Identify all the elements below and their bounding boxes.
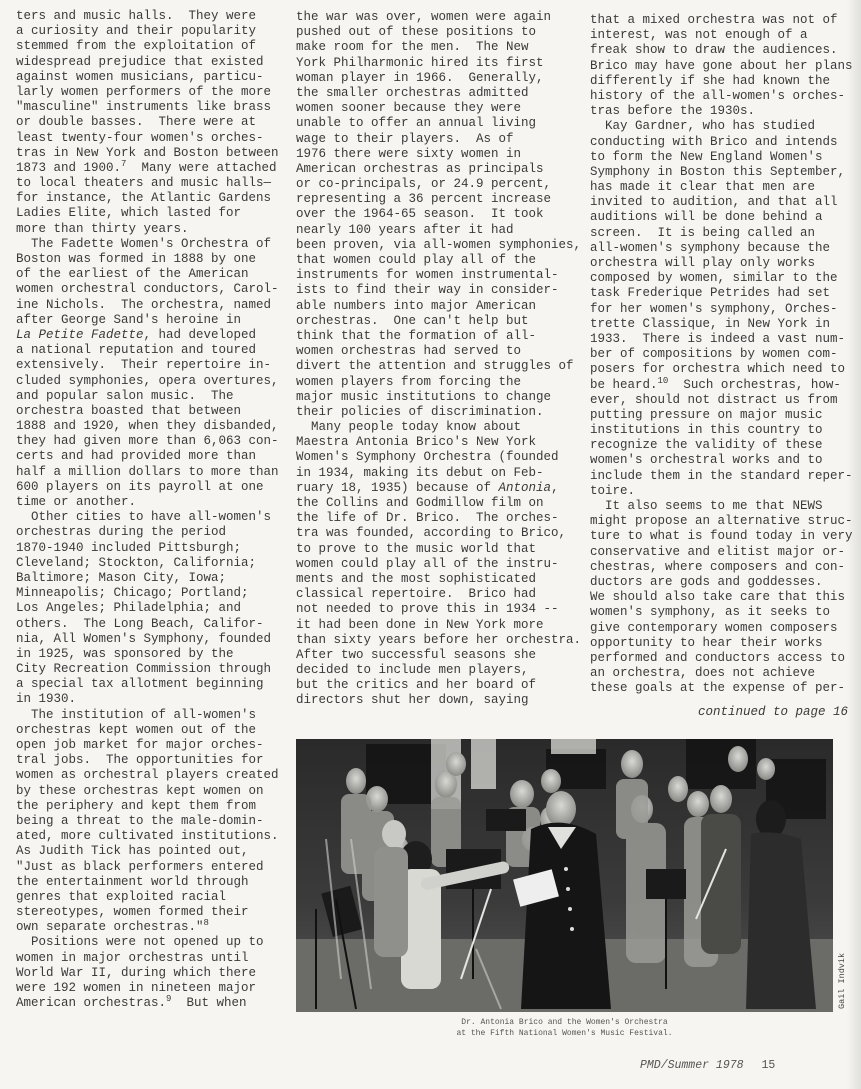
footnote-ref: 7 xyxy=(121,159,126,169)
text-line: the entertainment world through xyxy=(16,875,279,890)
text-line: 1870-1940 included Pittsburgh; xyxy=(16,541,279,556)
text-line: were 192 women in nineteen major xyxy=(16,981,279,996)
text-line: over the 1964-65 season. It took xyxy=(296,207,581,222)
text-line: Many people today know about xyxy=(296,420,581,435)
text-line: putting pressure on major music xyxy=(590,408,853,423)
text-line: not needed to prove this in 1934 -- xyxy=(296,602,581,617)
text-line: American orchestras as principals xyxy=(296,162,581,177)
text-line: performed and conductors access to xyxy=(590,651,853,666)
text-line: The Fadette Women's Orchestra of xyxy=(16,237,279,252)
text-line: ments and the most sophisticated xyxy=(296,572,581,587)
text-line: or double basses. There were at xyxy=(16,115,279,130)
text-line: conducting with Brico and intends xyxy=(590,135,853,150)
text-line: by these orchestras kept women on xyxy=(16,784,279,799)
text-line: half a million dollars to more than xyxy=(16,465,279,480)
text-line: ruary 18, 1935) because of Antonia, xyxy=(296,481,581,496)
text-line: against women musicians, particu- xyxy=(16,70,279,85)
text-line: differently if she had known the xyxy=(590,74,853,89)
text-line: nearly 100 years after it had xyxy=(296,223,581,238)
text-line: ters and music halls. They were xyxy=(16,9,279,24)
text-line: screen. It is being called an xyxy=(590,226,853,241)
text-line: opportunity to hear their works xyxy=(590,636,853,651)
text-line: interest, was not enough of a xyxy=(590,28,853,43)
text-line: 1873 and 1900.7 Many were attached xyxy=(16,161,279,176)
text-line: certs and had provided more than xyxy=(16,449,279,464)
text-line: Women's Symphony Orchestra (founded xyxy=(296,450,581,465)
text-line: conservative and elitist major or- xyxy=(590,545,853,560)
text-line: than sixty years before her orchestra. xyxy=(296,633,581,648)
text-line: they had given more than 6,063 con- xyxy=(16,434,279,449)
text-line: tra was founded, according to Brico, xyxy=(296,526,581,541)
text-line: their policies of discrimination. xyxy=(296,405,581,420)
text-line: others. The Long Beach, Califor- xyxy=(16,617,279,632)
text-line: women as orchestral players created xyxy=(16,768,279,783)
text-line: Ladies Elite, which lasted for xyxy=(16,206,279,221)
text-line: it had been done in New York more xyxy=(296,618,581,633)
footnote-ref: 10 xyxy=(658,376,669,386)
text-line: nia, All Women's Symphony, founded xyxy=(16,632,279,647)
text-line: think that the formation of all- xyxy=(296,329,581,344)
text-line: Boston was formed in 1888 by one xyxy=(16,252,279,267)
text-line: a curiosity and their popularity xyxy=(16,24,279,39)
text-line: stereotypes, women formed their xyxy=(16,905,279,920)
text-line: divert the attention and struggles of xyxy=(296,359,581,374)
text-line: The institution of all-women's xyxy=(16,708,279,723)
text-line: 600 players on its payroll at one xyxy=(16,480,279,495)
page-footer: PMD/Summer 197815 xyxy=(640,1059,775,1072)
text-line: As Judith Tick has pointed out, xyxy=(16,844,279,859)
text-line: in 1930. xyxy=(16,692,279,707)
text-line: Minneapolis; Chicago; Portland; xyxy=(16,586,279,601)
text-line: to form the New England Women's xyxy=(590,150,853,165)
text-line: all-women's symphony because the xyxy=(590,241,853,256)
text-line: larly women performers of the more xyxy=(16,85,279,100)
article-column-3: that a mixed orchestra was not ofinteres… xyxy=(590,13,853,696)
text-line: ever, should not distract us from xyxy=(590,393,853,408)
text-line: Kay Gardner, who has studied xyxy=(590,119,853,134)
text-line: ductors are gods and goddesses. xyxy=(590,575,853,590)
text-line: World War II, during which there xyxy=(16,966,279,981)
text-line: It also seems to me that NEWS xyxy=(590,499,853,514)
text-line: being a threat to the male-domin- xyxy=(16,814,279,829)
text-line: cluded symphonies, opera overtures, xyxy=(16,374,279,389)
text-line: open job market for major orches- xyxy=(16,738,279,753)
text-line: posers for orchestra which need to xyxy=(590,362,853,377)
text-line: instruments for women instrumental- xyxy=(296,268,581,283)
text-line: widespread prejudice that existed xyxy=(16,55,279,70)
text-line: has made it clear that men are xyxy=(590,180,853,195)
text-line: representing a 36 percent increase xyxy=(296,192,581,207)
text-line: history of the all-women's orches- xyxy=(590,89,853,104)
text-line: women in major orchestras until xyxy=(16,951,279,966)
text-line: composed by women, similar to the xyxy=(590,271,853,286)
text-line: Symphony in Boston this September, xyxy=(590,165,853,180)
text-line: orchestras kept women out of the xyxy=(16,723,279,738)
text-line: a special tax allotment beginning xyxy=(16,677,279,692)
text-line: these goals at the expense of per- xyxy=(590,681,853,696)
orchestra-photo xyxy=(296,739,833,1012)
text-line: the war was over, women were again xyxy=(296,10,581,25)
text-line: that women could play all of the xyxy=(296,253,581,268)
text-line: least twenty-four women's orches- xyxy=(16,131,279,146)
text-line: tras before the 1930s. xyxy=(590,104,853,119)
continued-note: continued to page 16 xyxy=(590,705,848,720)
text-line: ated, more cultivated institutions. xyxy=(16,829,279,844)
caption-line-1: Dr. Antonia Brico and the Women's Orches… xyxy=(461,1018,667,1027)
text-line: women orchestras had served to xyxy=(296,344,581,359)
text-line: decided to include men players, xyxy=(296,663,581,678)
text-line: ture to what is found today in very xyxy=(590,529,853,544)
article-column-2: the war was over, women were againpushed… xyxy=(296,10,581,709)
text-line: time or another. xyxy=(16,495,279,510)
text-line: We should also take care that this xyxy=(590,590,853,605)
text-line: the life of Dr. Brico. The orches- xyxy=(296,511,581,526)
text-line: 1888 and 1920, when they disbanded, xyxy=(16,419,279,434)
text-line: women orchestral conductors, Carol- xyxy=(16,282,279,297)
text-line: orchestra boasted that between xyxy=(16,404,279,419)
text-line: after George Sand's heroine in xyxy=(16,313,279,328)
text-line: wage to their players. As of xyxy=(296,132,581,147)
text-line: tral jobs. The opportunities for xyxy=(16,753,279,768)
text-line: pushed out of these positions to xyxy=(296,25,581,40)
text-line: Maestra Antonia Brico's New York xyxy=(296,435,581,450)
text-line: might propose an alternative struc- xyxy=(590,514,853,529)
article-column-1: ters and music halls. They werea curiosi… xyxy=(16,9,279,1011)
text-line: include them in the standard reper- xyxy=(590,469,853,484)
text-line: extensively. Their repertoire in- xyxy=(16,358,279,373)
text-line: York Philharmonic hired its first xyxy=(296,56,581,71)
text-line: the Collins and Godmillow film on xyxy=(296,496,581,511)
text-line: women's symphony, as it seeks to xyxy=(590,605,853,620)
text-line: make room for the men. The New xyxy=(296,40,581,55)
text-line: give contemporary women composers xyxy=(590,621,853,636)
text-line: woman player in 1966. Generally, xyxy=(296,71,581,86)
text-line: women sooner because they were xyxy=(296,101,581,116)
publication-issue: PMD/Summer 1978 xyxy=(640,1059,744,1072)
text-line: Positions were not opened up to xyxy=(16,935,279,950)
text-line: in 1934, making its debut on Feb- xyxy=(296,466,581,481)
photo-caption: Dr. Antonia Brico and the Women's Orches… xyxy=(296,1017,833,1039)
text-line: Los Angeles; Philadelphia; and xyxy=(16,601,279,616)
text-line: toire. xyxy=(590,484,853,499)
text-line: own separate orchestras."8 xyxy=(16,920,279,935)
text-line: institutions in this country to xyxy=(590,423,853,438)
text-line: La Petite Fadette, had developed xyxy=(16,328,279,343)
text-line: been proven, via all-women symphonies, xyxy=(296,238,581,253)
text-line: chestras, where composers and con- xyxy=(590,560,853,575)
text-line: orchestras. One can't help but xyxy=(296,314,581,329)
text-line: classical repertoire. Brico had xyxy=(296,587,581,602)
text-line: unable to offer an annual living xyxy=(296,116,581,131)
text-line: recognize the validity of these xyxy=(590,438,853,453)
text-line: but the critics and her board of xyxy=(296,678,581,693)
text-line: in 1925, was sponsored by the xyxy=(16,647,279,662)
text-line: for her women's symphony, Orches- xyxy=(590,302,853,317)
footnote-ref: 8 xyxy=(204,918,209,928)
text-line: be heard.10 Such orchestras, how- xyxy=(590,378,853,393)
text-line: ber of compositions by women com- xyxy=(590,347,853,362)
italic-title: La Petite Fadette xyxy=(16,328,144,342)
text-line: tras in New York and Boston between xyxy=(16,146,279,161)
text-line: stemmed from the exploitation of xyxy=(16,39,279,54)
text-line: ine Nichols. The orchestra, named xyxy=(16,298,279,313)
text-line: a national reputation and toured xyxy=(16,343,279,358)
text-line: directors shut her down, saying xyxy=(296,693,581,708)
text-line: orchestras during the period xyxy=(16,525,279,540)
text-line: Baltimore; Mason City, Iowa; xyxy=(16,571,279,586)
text-line: auditions will be done behind a xyxy=(590,210,853,225)
text-line: "masculine" instruments like brass xyxy=(16,100,279,115)
text-line: task Frederique Petrides had set xyxy=(590,286,853,301)
text-line: more than thirty years. xyxy=(16,222,279,237)
text-line: to local theaters and music halls— xyxy=(16,176,279,191)
text-line: the periphery and kept them from xyxy=(16,799,279,814)
text-line: 1933. There is indeed a vast num- xyxy=(590,332,853,347)
text-line: ists to find their way in consider- xyxy=(296,283,581,298)
text-line: women players from forcing the xyxy=(296,375,581,390)
caption-line-2: at the Fifth National Women's Music Fest… xyxy=(456,1029,672,1038)
text-line: for instance, the Atlantic Gardens xyxy=(16,191,279,206)
text-line: 1976 there were sixty women in xyxy=(296,147,581,162)
text-line: freak show to draw the audiences. xyxy=(590,43,853,58)
photo-credit: Gail Indvik xyxy=(836,935,848,1009)
text-line: trette Classique, in New York in xyxy=(590,317,853,332)
text-line: genres that exploited racial xyxy=(16,890,279,905)
text-line: that a mixed orchestra was not of xyxy=(590,13,853,28)
text-line: women's orchestral works and to xyxy=(590,453,853,468)
text-line: invited to audition, and that all xyxy=(590,195,853,210)
text-line: women could play all of the instru- xyxy=(296,557,581,572)
text-line: of the earliest of the American xyxy=(16,267,279,282)
text-line: After two successful seasons she xyxy=(296,648,581,663)
text-line: "Just as black performers entered xyxy=(16,860,279,875)
text-line: and popular salon music. The xyxy=(16,389,279,404)
text-line: Cleveland; Stockton, California; xyxy=(16,556,279,571)
text-line: Other cities to have all-women's xyxy=(16,510,279,525)
text-line: Brico may have gone about her plans xyxy=(590,59,853,74)
text-line: orchestra will play only works xyxy=(590,256,853,271)
footnote-ref: 9 xyxy=(166,994,171,1004)
page-number: 15 xyxy=(762,1059,776,1072)
text-line: the smaller orchestras admitted xyxy=(296,86,581,101)
italic-title: Antonia xyxy=(499,481,552,495)
text-line: American orchestras.9 But when xyxy=(16,996,279,1011)
text-line: City Recreation Commission through xyxy=(16,662,279,677)
text-line: major music institutions to change xyxy=(296,390,581,405)
text-line: an orchestra, does not achieve xyxy=(590,666,853,681)
text-line: or co-principals, or 24.9 percent, xyxy=(296,177,581,192)
text-line: to prove to the music world that xyxy=(296,542,581,557)
text-line: able numbers into major American xyxy=(296,299,581,314)
